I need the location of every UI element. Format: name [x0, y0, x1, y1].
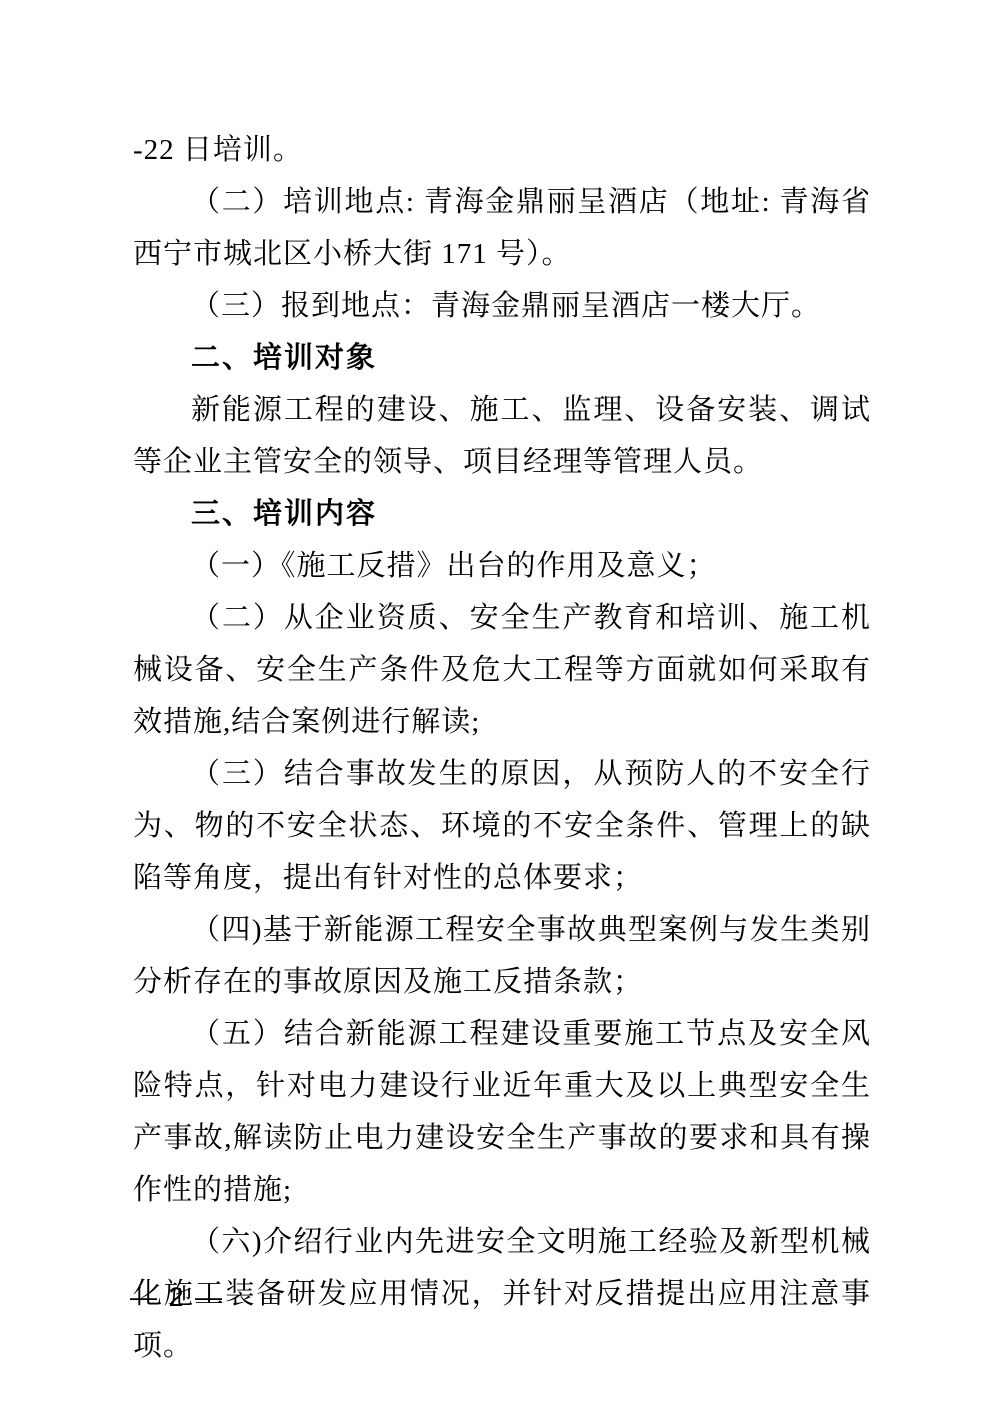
- paragraph-content-item-4: （四)基于新能源工程安全事故典型案例与发生类别分析存在的事故原因及施工反措条款；: [133, 904, 871, 1008]
- page-footer: — 2 —: [130, 1281, 224, 1313]
- paragraph-content-item-6: （六)介绍行业内先进安全文明施工经验及新型机械化施工装备研发应用情况，并针对反措…: [133, 1216, 871, 1372]
- paragraph-continuation-line: -22 日培训。: [133, 124, 871, 176]
- document-page: -22 日培训。 （二）培训地点: 青海金鼎丽呈酒店（地址: 青海省西宁市城北区…: [0, 0, 992, 1403]
- paragraph-content-item-2: （二）从企业资质、安全生产教育和培训、施工机械设备、安全生产条件及危大工程等方面…: [133, 592, 871, 748]
- paragraph-content-item-1: （一）《施工反措》出台的作用及意义；: [133, 540, 871, 592]
- section-heading-training-audience: 二、培训对象: [133, 332, 871, 384]
- paragraph-checkin-location: （三）报到地点：青海金鼎丽呈酒店一楼大厅。: [133, 280, 871, 332]
- section-heading-training-content: 三、培训内容: [133, 488, 871, 540]
- page-number: — 2 —: [130, 1282, 224, 1312]
- paragraph-content-item-3: （三）结合事故发生的原因，从预防人的不安全行为、物的不安全状态、环境的不安全条件…: [133, 748, 871, 904]
- document-body: -22 日培训。 （二）培训地点: 青海金鼎丽呈酒店（地址: 青海省西宁市城北区…: [133, 124, 871, 1372]
- paragraph-training-audience: 新能源工程的建设、施工、监理、设备安装、调试等企业主管安全的领导、项目经理等管理…: [133, 384, 871, 488]
- paragraph-content-item-5: （五）结合新能源工程建设重要施工节点及安全风险特点，针对电力建设行业近年重大及以…: [133, 1008, 871, 1216]
- paragraph-training-location: （二）培训地点: 青海金鼎丽呈酒店（地址: 青海省西宁市城北区小桥大街 171 …: [133, 176, 871, 280]
